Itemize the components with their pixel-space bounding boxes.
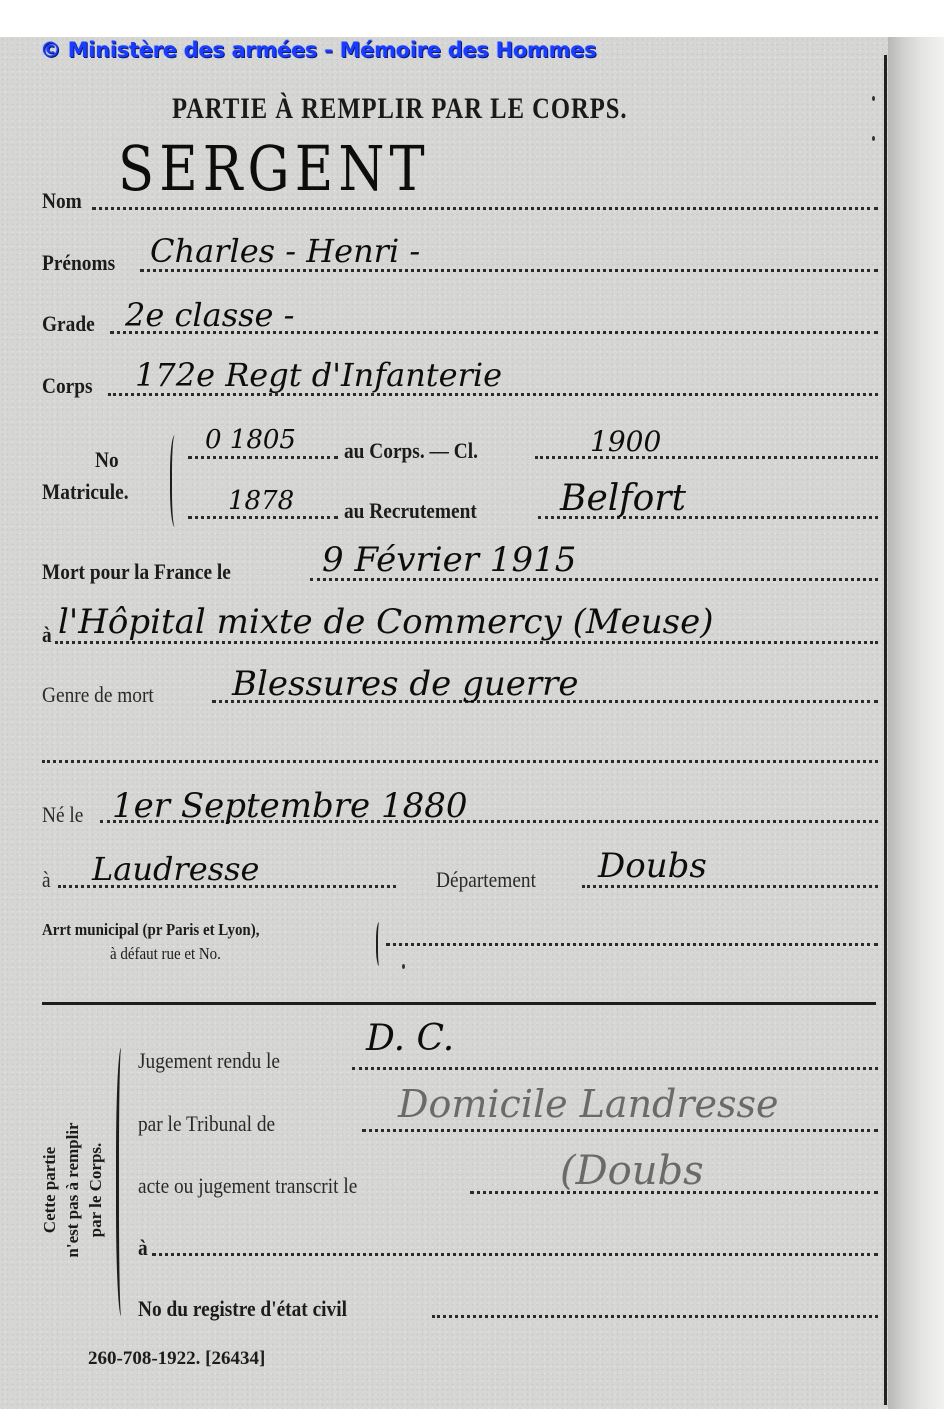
section-divider <box>42 1002 876 1005</box>
matricule-no-label: No <box>95 447 119 473</box>
frame-border-line <box>884 55 887 1405</box>
ink-speck <box>872 96 875 101</box>
departement-value: Doubs <box>598 846 707 886</box>
tribunal-label: par le Tribunal de <box>138 1111 275 1137</box>
departement-label: Département <box>436 867 536 893</box>
ne-le-value: 1er Septembre 1880 <box>112 786 468 826</box>
genre-mort-label: Genre de mort <box>42 682 154 708</box>
nom-dotted-line <box>92 207 878 210</box>
civil-section-brace <box>116 1048 129 1316</box>
au-corps-label: au Corps. — Cl. <box>344 438 478 464</box>
corps-number-value: 0 1805 <box>205 425 296 455</box>
prenoms-value: Charles - Henri - <box>150 232 420 270</box>
mort-label: Mort pour la France le <box>42 559 231 585</box>
lieu-naissance-value: Laudresse <box>92 850 259 888</box>
lieu-naissance-label: à <box>42 867 51 893</box>
arrondissement-brace <box>376 922 384 966</box>
tribunal-dotted-line <box>362 1129 878 1132</box>
civil-section-side-note: Cette partie n'est pas à remplir par le … <box>38 1090 107 1290</box>
mort-value: 9 Février 1915 <box>322 540 576 580</box>
ne-le-label: Né le <box>42 802 83 828</box>
form-heading: PARTIE À REMPLIR PAR LE CORPS. <box>172 92 628 126</box>
tribunal-value: Domicile Landresse <box>398 1082 779 1126</box>
grade-value: 2e classe - <box>125 296 294 334</box>
classe-dotted-line <box>535 456 878 459</box>
transcrit-value: (Doubs <box>560 1148 704 1194</box>
corps-value: 172e Regt d'Infanterie <box>135 356 502 394</box>
jugement-value: D. C. <box>366 1018 454 1059</box>
matricule-brace <box>170 435 182 527</box>
matricule-label: Matricule. <box>42 479 129 505</box>
lieu-mort-value: l'Hôpital mixte de Commercy (Meuse) <box>58 602 714 642</box>
side-note-line2: n'est pas à remplir <box>61 1090 84 1290</box>
arrondissement-label-line2: à défaut rue et No. <box>110 944 221 964</box>
jugement-label: Jugement rendu le <box>138 1048 280 1074</box>
print-reference: 260-708-1922. [26434] <box>88 1348 265 1370</box>
registre-label: No du registre d'état civil <box>138 1296 347 1322</box>
corps-label: Corps <box>42 373 93 399</box>
copyright-watermark: © Ministère des armées - Mémoire des Hom… <box>40 38 596 62</box>
side-note-line1: Cette partie <box>38 1090 61 1290</box>
jugement-dotted-line <box>352 1067 878 1070</box>
grade-label: Grade <box>42 311 95 337</box>
side-note-line3: par le Corps. <box>84 1090 107 1290</box>
lieu-label: à <box>138 1235 148 1261</box>
recrutement-value: Belfort <box>560 478 686 519</box>
ink-speck <box>872 136 875 141</box>
nom-label: Nom <box>42 188 82 214</box>
extra-dotted-line <box>42 760 878 763</box>
arrondissement-dotted-line <box>386 943 878 946</box>
transcrit-label: acte ou jugement transcrit le <box>138 1173 357 1199</box>
prenoms-label: Prénoms <box>42 250 115 276</box>
ink-speck <box>402 964 405 969</box>
nom-value: SERGENT <box>118 132 430 205</box>
genre-mort-value: Blessures de guerre <box>232 664 579 704</box>
au-recrutement-label: au Recrutement <box>344 498 477 524</box>
corps-number-dotted-line <box>188 456 338 459</box>
arrondissement-label-line1: Arrt municipal (pr Paris et Lyon), <box>42 920 259 940</box>
lieu-dotted-line <box>152 1253 878 1256</box>
lieu-mort-label: à <box>42 622 52 648</box>
document-sheet <box>0 37 944 1409</box>
classe-value: 1900 <box>590 425 661 458</box>
recrutement-number-dotted-line <box>188 516 338 519</box>
scan-margin <box>888 37 944 1409</box>
registre-dotted-line <box>432 1315 878 1318</box>
recrutement-number-value: 1878 <box>228 486 294 516</box>
